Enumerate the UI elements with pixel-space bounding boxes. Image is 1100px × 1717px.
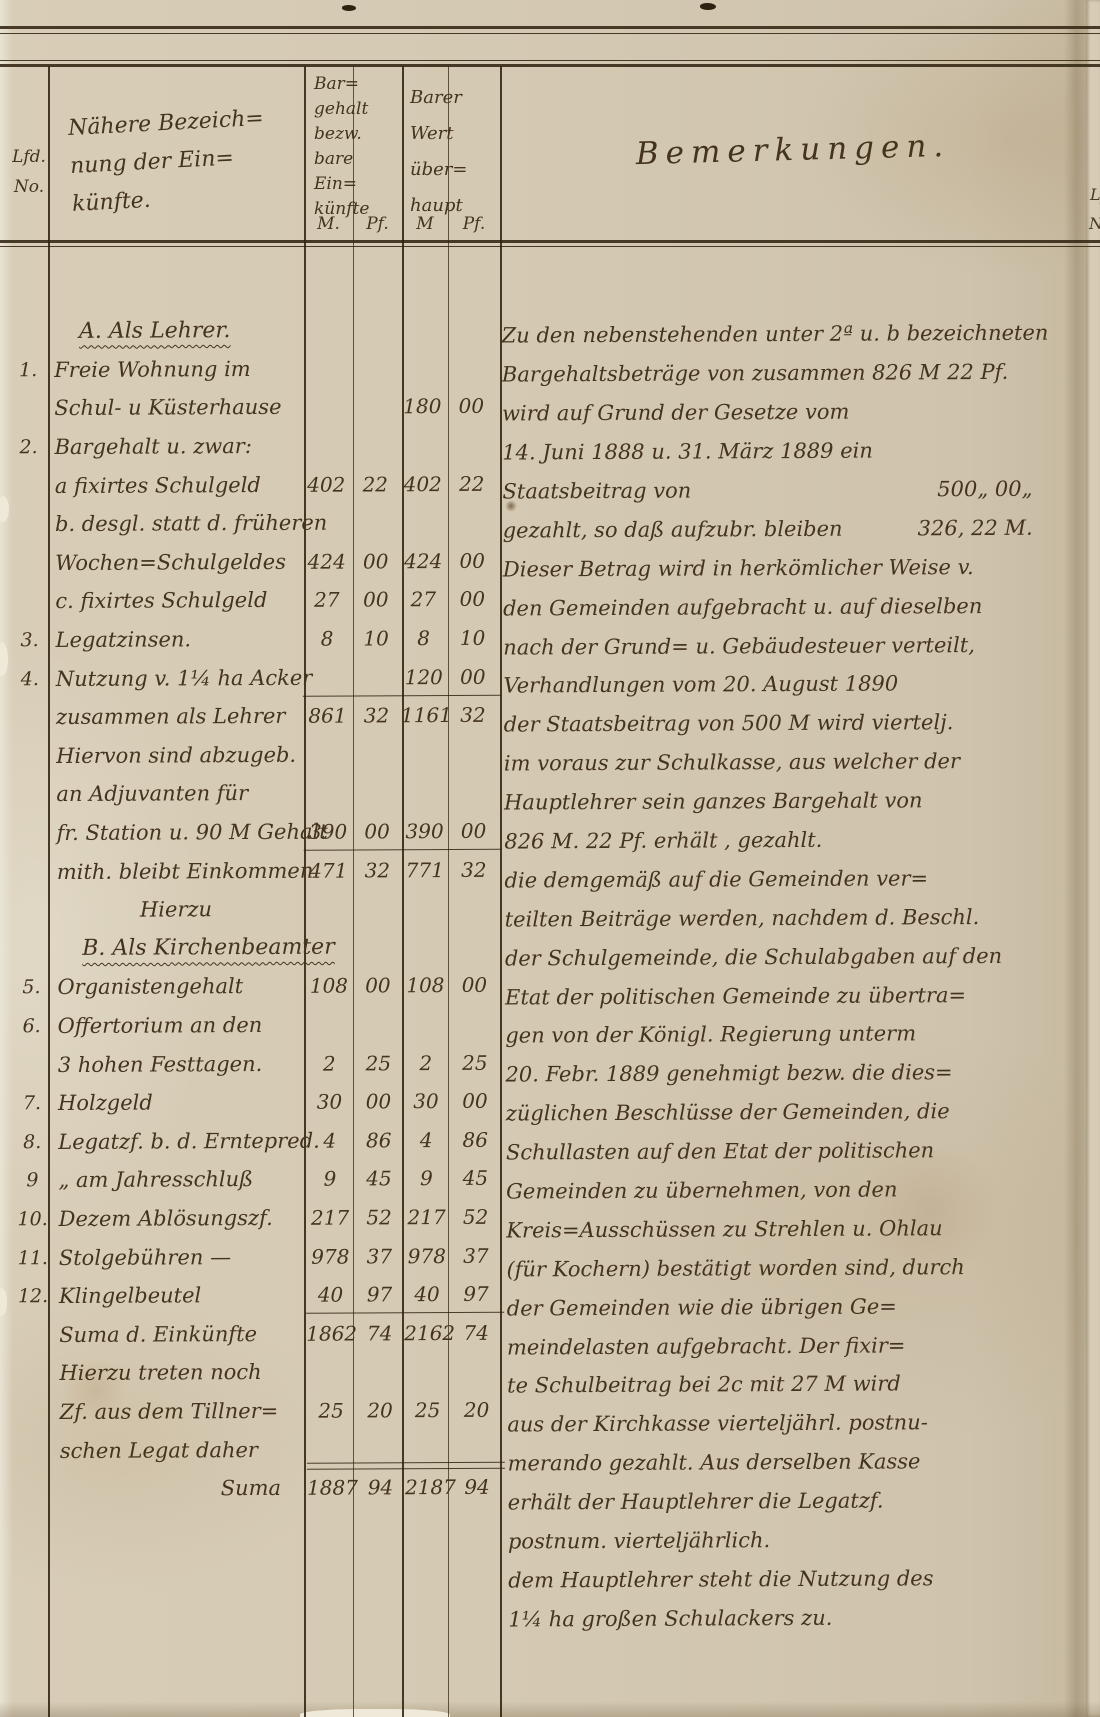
remark-line: te Schulbeitrag bei 2c mit 27 M wird — [507, 1364, 1085, 1406]
remark-line: im voraus zur Schulkasse, aus welcher de… — [504, 741, 1082, 783]
remark-text: der Staatsbeitrag von 500 M wird viertel… — [504, 711, 954, 737]
cash-mark-value: 471 — [304, 858, 353, 882]
total-mark-value: 180 — [399, 394, 445, 418]
row-number: 3. — [13, 629, 47, 651]
row-description: A. Als Lehrer. — [45, 318, 301, 344]
total-mark-value: 30 — [403, 1089, 449, 1113]
remark-line: 1¼ ha großen Schulackers zu. — [508, 1597, 1086, 1639]
cash-mark-value: 2 — [305, 1051, 354, 1075]
total-mark-value: 402 — [400, 472, 446, 496]
row-number: 9 — [15, 1169, 49, 1191]
remark-text: gen von der Königl. Regierung unterm — [505, 1022, 916, 1048]
cash-mark-value: 1862 — [306, 1321, 355, 1345]
remark-text: Kreis=Ausschüssen zu Strehlen u. Ohlau — [506, 1216, 942, 1242]
row-description: Nutzung v. 1¼ ha Acker — [47, 665, 303, 690]
table-row: a fixirtes Schulgeld 402 22 402 22 — [12, 464, 498, 505]
torn-left-edge — [0, 0, 13, 1717]
remark-line: züglichen Beschlüsse der Gemeinden, die — [506, 1091, 1084, 1133]
remark-line: den Gemeinden aufgebracht u. auf dieselb… — [503, 586, 1081, 628]
table-rule-header-bottom-outer — [0, 240, 1100, 243]
header-text-line: Ein= — [314, 172, 404, 197]
remark-text: Hauptlehrer sein ganzes Bargehalt von — [504, 788, 923, 814]
total-pfennig-value: 74 — [450, 1320, 502, 1344]
cash-pfennig-value: 86 — [354, 1128, 403, 1152]
scanned-ledger-document: { "style":{"paper_color":"#d4c9b2","ink_… — [0, 0, 1100, 1717]
remark-line: der Schulgemeinde, die Schulabgaben auf … — [505, 936, 1083, 978]
cash-mark-value: 402 — [302, 472, 351, 496]
torn-edge-nub — [300, 1709, 450, 1717]
remark-line: Hauptlehrer sein ganzes Bargehalt von — [504, 780, 1082, 822]
total-mark-value: 771 — [402, 858, 448, 882]
row-description: Offertorium an den — [49, 1013, 305, 1038]
total-mark-value: 108 — [402, 973, 448, 997]
cash-pfennig-value: 37 — [355, 1244, 404, 1268]
row-description: „ am Jahresschluß — [49, 1167, 305, 1192]
row-description: Dezem Ablösungszf. — [50, 1206, 306, 1231]
total-pfennig-value: 32 — [447, 703, 499, 727]
row-number: 8. — [15, 1131, 49, 1153]
row-description: Wochen=Schulgeldes — [46, 550, 302, 575]
row-number: 7. — [15, 1092, 49, 1114]
unit-label-pfennig: Pf. — [448, 214, 500, 234]
row-description: Freie Wohnung im — [45, 357, 301, 382]
remark-text: Bargehaltsbeträge von zusammen 826 M 22 … — [502, 360, 1009, 387]
table-row: Hiervon sind abzugeb. — [13, 734, 499, 775]
remark-line: Etat der politischen Gemeinde zu übertra… — [505, 975, 1083, 1017]
row-description: mith. bleibt Einkommen — [48, 858, 304, 883]
total-pfennig-value: 37 — [450, 1243, 502, 1267]
table-row: 11. Stolgebühren — 978 37 978 37 — [16, 1236, 502, 1277]
table-row: 9 „ am Jahresschluß 9 45 9 45 — [15, 1159, 501, 1200]
table-row: 4. Nutzung v. 1¼ ha Acker 120 00 — [13, 657, 499, 698]
row-number: 11. — [16, 1247, 50, 1269]
table-rule-header-top-outer — [0, 64, 1100, 67]
header-text-line: Bar= — [314, 72, 404, 97]
header-text-line: Barer — [410, 80, 500, 116]
row-description: Hiervon sind abzugeb. — [47, 743, 303, 768]
total-pfennig-value: 32 — [448, 857, 500, 881]
total-pfennig-value: 00 — [449, 1089, 501, 1113]
total-mark-value: 2 — [403, 1051, 449, 1075]
total-pfennig-value: 52 — [450, 1205, 502, 1229]
unit-label-mark: M. — [304, 214, 353, 234]
cash-mark-value: 424 — [302, 549, 351, 573]
row-number: 10. — [16, 1208, 50, 1230]
remark-text: aus der Kirchkasse vierteljährl. postnu- — [507, 1411, 928, 1437]
row-description: 3 hohen Festtagen. — [49, 1051, 305, 1076]
cash-pfennig-value: 00 — [351, 549, 400, 573]
table-row: 1. Freie Wohnung im — [11, 348, 497, 389]
cash-pfennig-value: 22 — [351, 472, 400, 496]
remark-line: Kreis=Ausschüssen zu Strehlen u. Ohlau — [506, 1208, 1084, 1250]
table-row: Suma 1887 94 2187 94 — [17, 1468, 503, 1509]
remark-text: Etat der politischen Gemeinde zu übertra… — [505, 983, 966, 1009]
remark-line: Schullasten auf den Etat der politischen — [506, 1130, 1084, 1172]
remark-line: Verhandlungen vom 20. August 1890 — [503, 664, 1081, 706]
remark-text: merando gezahlt. Aus derselben Kasse — [507, 1450, 920, 1476]
bottom-paper-edge — [0, 1701, 1100, 1717]
remark-line: gen von der Königl. Regierung unterm — [505, 1014, 1083, 1056]
total-mark-value: 120 — [401, 665, 447, 689]
header-text-line: Lfd. — [10, 142, 48, 172]
table-row: 8. Legatzf. b. d. Erntepred. 4 86 4 86 — [15, 1120, 501, 1161]
ink-speck — [342, 5, 356, 11]
remarks-column: Zu den nebenstehenden unter 2ª u. b beze… — [502, 313, 1087, 1638]
remark-text: im voraus zur Schulkasse, aus welcher de… — [504, 749, 960, 775]
remark-text: dem Hauptlehrer steht die Nutzung des — [508, 1566, 933, 1592]
cash-mark-value: 390 — [304, 820, 353, 844]
remark-text: Gemeinden zu übernehmen, von den — [506, 1177, 897, 1203]
cash-mark-value: 25 — [307, 1398, 356, 1422]
remark-line: 14. Juni 1888 u. 31. März 1889 ein — [502, 430, 1080, 472]
table-row: c. fixirtes Schulgeld 27 00 27 00 — [12, 580, 498, 621]
remark-line: (für Kochern) bestätigt worden sind, dur… — [506, 1247, 1084, 1289]
row-description: a fixirtes Schulgeld — [46, 472, 302, 497]
table-rule-header-top-inner — [0, 60, 1100, 61]
remark-text: Schullasten auf den Etat der politischen — [506, 1138, 934, 1164]
table-row: 2. Bargehalt u. zwar: — [11, 426, 497, 467]
remark-line: 20. Febr. 1889 genehmigt bezw. die dies= — [505, 1052, 1083, 1094]
cash-mark-value: 861 — [303, 704, 352, 728]
row-description: Zf. aus dem Tillner= — [51, 1399, 307, 1424]
total-mark-value: 8 — [401, 626, 447, 650]
row-number: 4. — [13, 668, 47, 690]
remark-text: te Schulbeitrag bei 2c mit 27 M wird — [507, 1372, 901, 1398]
remark-line: der Gemeinden wie die übrigen Ge= — [507, 1286, 1085, 1328]
total-pfennig-value: 00 — [448, 819, 500, 843]
header-text-line: über= — [410, 152, 500, 188]
remark-amount: 326, 22 M. — [918, 515, 1081, 540]
remark-text: teilten Beiträge werden, nachdem d. Besc… — [505, 905, 980, 931]
remark-text: meindelasten aufgebracht. Der fixir= — [507, 1333, 906, 1359]
total-pfennig-value: 97 — [450, 1282, 502, 1306]
total-mark-value: 9 — [403, 1166, 449, 1190]
total-pfennig-value: 20 — [451, 1398, 503, 1422]
cash-pfennig-value: 10 — [352, 626, 401, 650]
header-col-remarks: Bemerkungen. — [500, 124, 1087, 175]
row-description: Legatzf. b. d. Erntepred. — [49, 1129, 305, 1154]
remark-text: der Gemeinden wie die übrigen Ge= — [507, 1294, 897, 1320]
row-description: Stolgebühren — — [50, 1244, 306, 1269]
remark-line: dem Hauptlehrer steht die Nutzung des — [508, 1558, 1086, 1600]
table-row: fr. Station u. 90 M Gehalt 390 00 390 00 — [13, 811, 499, 852]
remark-text: 20. Febr. 1889 genehmigt bezw. die dies= — [505, 1061, 952, 1087]
table-row: an Adjuvanten für — [13, 773, 499, 814]
cash-pfennig-value: 00 — [353, 974, 402, 998]
total-pfennig-value: 22 — [446, 471, 498, 495]
total-pfennig-value: 45 — [449, 1166, 501, 1190]
header-col-number: Lfd. No. — [10, 142, 48, 202]
row-number: 6. — [15, 1015, 49, 1037]
table-row: 10. Dezem Ablösungszf. 217 52 217 52 — [16, 1197, 502, 1238]
remark-line: der Staatsbeitrag von 500 M wird viertel… — [504, 702, 1082, 744]
remark-line: Gemeinden zu übernehmen, von den — [506, 1169, 1084, 1211]
unit-label-mark: M — [402, 214, 448, 234]
remark-text: nach der Grund= u. Gebäudesteuer verteil… — [503, 633, 975, 659]
remark-text: Zu den nebenstehenden unter 2ª u. b beze… — [502, 321, 1049, 348]
row-number: 2. — [12, 436, 46, 458]
table-row: Schul- u Küsterhause 180 00 — [11, 387, 497, 428]
cash-pfennig-value: 25 — [354, 1051, 403, 1075]
total-pfennig-value: 00 — [446, 549, 498, 573]
remark-line: merando gezahlt. Aus derselben Kasse — [507, 1441, 1085, 1483]
remark-text: (für Kochern) bestätigt worden sind, dur… — [506, 1255, 964, 1281]
row-description: zusammen als Lehrer — [47, 704, 303, 729]
table-rule-top-inner — [0, 33, 1100, 34]
cash-mark-value: 1887 — [307, 1476, 356, 1500]
header-text-line: gehalt — [314, 97, 404, 122]
cash-pfennig-value: 97 — [355, 1282, 404, 1306]
row-description: b. desgl. statt d. früheren — [46, 511, 302, 536]
cash-pfennig-value: 20 — [356, 1398, 405, 1422]
remark-text: Verhandlungen vom 20. August 1890 — [503, 672, 898, 698]
total-mark-value: 2187 — [405, 1475, 451, 1499]
row-description: Hierzu — [48, 897, 304, 922]
remark-text: Staatsbeitrag von — [502, 479, 691, 504]
row-description: fr. Station u. 90 M Gehalt — [48, 820, 304, 845]
cash-pfennig-value: 74 — [355, 1321, 404, 1345]
remark-text: gezahlt, so daß aufzubr. bleiben — [503, 517, 843, 543]
total-pfennig-value: 00 — [446, 587, 498, 611]
row-description: Holzgeld — [49, 1090, 305, 1115]
remark-text: züglichen Beschlüsse der Gemeinden, die — [506, 1099, 950, 1125]
cash-mark-value: 30 — [305, 1090, 354, 1114]
total-mark-value: 217 — [404, 1205, 450, 1229]
header-text-line: bare — [314, 147, 404, 172]
header-col-cash-value: Barer Wert über= haupt — [406, 80, 500, 224]
total-pfennig-value: 10 — [447, 626, 499, 650]
row-description: Suma — [51, 1476, 307, 1501]
header-col-description: Nähere Bezeich= nung der Ein= künfte. — [55, 97, 313, 224]
remark-line: Zu den nebenstehenden unter 2ª u. b beze… — [502, 313, 1080, 355]
row-description: c. fixirtes Schulgeld — [46, 588, 302, 613]
table-row: 6. Offertorium an den — [15, 1004, 501, 1045]
remark-text: Dieser Betrag wird in herkömlicher Weise… — [503, 555, 974, 581]
total-pfennig-value: 86 — [449, 1127, 501, 1151]
remark-text: die demgemäß auf die Gemeinden ver= — [504, 866, 928, 892]
remark-line: Bargehaltsbeträge von zusammen 826 M 22 … — [502, 352, 1080, 394]
total-mark-value: 4 — [403, 1128, 449, 1152]
row-description: Klingelbeutel — [50, 1283, 306, 1308]
remark-line: die demgemäß auf die Gemeinden ver= — [504, 858, 1082, 900]
cash-mark-value: 978 — [306, 1244, 355, 1268]
cash-mark-value: 8 — [303, 627, 352, 651]
table-row: 5. Organistengehalt 108 00 108 00 — [14, 966, 500, 1007]
next-page-text-fragment: N — [1089, 214, 1100, 233]
cash-mark-value: 27 — [302, 588, 351, 612]
row-description: Legatzinsen. — [47, 627, 303, 652]
remark-text: postnum. vierteljährlich. — [508, 1528, 770, 1553]
income-table-body: A. Als Lehrer. 1. Freie Wohnung im Schul… — [11, 310, 503, 1509]
total-mark-value: 1161 — [401, 703, 447, 727]
remark-amount: 500„ 00„ — [937, 476, 1080, 501]
table-row: A. Als Lehrer. — [11, 310, 497, 351]
cash-mark-value: 40 — [306, 1283, 355, 1307]
table-row: 12. Klingelbeutel 40 97 40 97 — [16, 1275, 502, 1316]
row-number: 5. — [14, 976, 48, 998]
row-description: Bargehalt u. zwar: — [46, 434, 302, 459]
cash-pfennig-value: 00 — [354, 1089, 403, 1113]
table-row: Wochen=Schulgeldes 424 00 424 00 — [12, 541, 498, 582]
cash-pfennig-value: 45 — [354, 1167, 403, 1191]
remark-line: Staatsbeitrag von 500„ 00„ — [502, 469, 1080, 511]
cash-mark-value: 108 — [304, 974, 353, 998]
table-rule-top-outer — [0, 26, 1100, 29]
row-description: Hierzu treten noch — [50, 1360, 306, 1385]
row-description: B. Als Kirchenbeamter — [48, 935, 304, 961]
remark-text: 826 M. 22 Pf. erhält , gezahlt. — [504, 828, 822, 854]
header-text-line: No. — [10, 172, 48, 202]
remark-line: teilten Beiträge werden, nachdem d. Besc… — [505, 897, 1083, 939]
unit-label-pfennig: Pf. — [353, 214, 402, 234]
table-row: B. Als Kirchenbeamter — [14, 927, 500, 968]
total-pfennig-value: 00 — [445, 394, 497, 418]
total-pfennig-value: 00 — [448, 973, 500, 997]
total-mark-value: 2162 — [404, 1321, 450, 1345]
cash-mark-value: 9 — [305, 1167, 354, 1191]
cash-pfennig-value: 00 — [353, 819, 402, 843]
table-row: zusammen als Lehrer 861 32 1161 32 — [13, 696, 499, 737]
total-mark-value: 40 — [404, 1282, 450, 1306]
remark-text: wird auf Grund der Gesetze vom — [502, 400, 849, 426]
table-row: Suma d. Einkünfte 1862 74 2162 74 — [16, 1313, 502, 1354]
header-text-line: bezw. — [314, 122, 404, 147]
remark-text: 1¼ ha großen Schulackers zu. — [508, 1606, 832, 1632]
cash-pfennig-value: 32 — [353, 858, 402, 882]
cash-mark-value: 4 — [305, 1128, 354, 1152]
row-number: 12. — [16, 1285, 50, 1307]
cash-mark-value: 217 — [306, 1205, 355, 1229]
table-row: mith. bleibt Einkommen 471 32 771 32 — [14, 850, 500, 891]
total-pfennig-value: 94 — [451, 1475, 503, 1499]
cash-pfennig-value: 00 — [351, 588, 400, 612]
table-row: Zf. aus dem Tillner= 25 20 25 20 — [17, 1390, 503, 1431]
ink-speck — [700, 3, 716, 10]
cash-pfennig-value: 94 — [356, 1475, 405, 1499]
remark-text: der Schulgemeinde, die Schulabgaben auf … — [505, 944, 1002, 971]
cash-pfennig-value: 52 — [355, 1205, 404, 1229]
remark-line: gezahlt, so daß aufzubr. bleiben 326, 22… — [503, 508, 1081, 550]
table-row: b. desgl. statt d. früheren — [12, 503, 498, 544]
table-row: 3 hohen Festtagen. 2 25 2 25 — [15, 1043, 501, 1084]
total-pfennig-value: 00 — [447, 664, 499, 688]
row-description: schen Legat daher — [51, 1437, 307, 1462]
header-col-cash-salary: Bar= gehalt bezw. bare Ein= künfte — [308, 72, 404, 222]
remark-line: aus der Kirchkasse vierteljährl. postnu- — [507, 1402, 1085, 1444]
remark-line: meindelasten aufgebracht. Der fixir= — [507, 1325, 1085, 1367]
row-description: an Adjuvanten für — [47, 781, 303, 806]
remark-line: Dieser Betrag wird in herkömlicher Weise… — [503, 547, 1081, 589]
table-row: Hierzu treten noch — [16, 1352, 502, 1393]
total-mark-value: 978 — [404, 1244, 450, 1268]
total-pfennig-value: 25 — [449, 1050, 501, 1074]
total-mark-value: 390 — [402, 819, 448, 843]
table-rule-header-bottom-inner — [0, 246, 1100, 247]
table-row: 7. Holzgeld 30 00 30 00 — [15, 1082, 501, 1123]
total-mark-value: 27 — [400, 587, 446, 611]
row-number: 1. — [11, 359, 45, 381]
remark-line: 826 M. 22 Pf. erhält , gezahlt. — [504, 819, 1082, 861]
remark-line: wird auf Grund der Gesetze vom — [502, 391, 1080, 433]
table-row: 3. Legatzinsen. 8 10 8 10 — [12, 618, 498, 659]
row-description: Organistengehalt — [48, 974, 304, 999]
total-mark-value: 25 — [405, 1398, 451, 1422]
cash-pfennig-value: 32 — [352, 703, 401, 727]
next-page-sliver: Lf N — [1086, 0, 1100, 1717]
remark-line: nach der Grund= u. Gebäudesteuer verteil… — [503, 625, 1081, 667]
remark-line: erhält der Hauptlehrer die Legatzf. — [508, 1480, 1086, 1522]
header-text-line: Wert — [410, 116, 500, 152]
remark-line: postnum. vierteljährlich. — [508, 1519, 1086, 1561]
remark-text: den Gemeinden aufgebracht u. auf dieselb… — [503, 594, 982, 621]
next-page-text-fragment: Lf — [1090, 185, 1100, 204]
row-description: Schul- u Küsterhause — [45, 395, 301, 420]
total-mark-value: 424 — [400, 549, 446, 573]
table-row: Hierzu — [14, 889, 500, 930]
row-description: Suma d. Einkünfte — [50, 1321, 306, 1346]
remark-text: 14. Juni 1888 u. 31. März 1889 ein — [502, 439, 873, 465]
remark-text: erhält der Hauptlehrer die Legatzf. — [508, 1489, 884, 1515]
